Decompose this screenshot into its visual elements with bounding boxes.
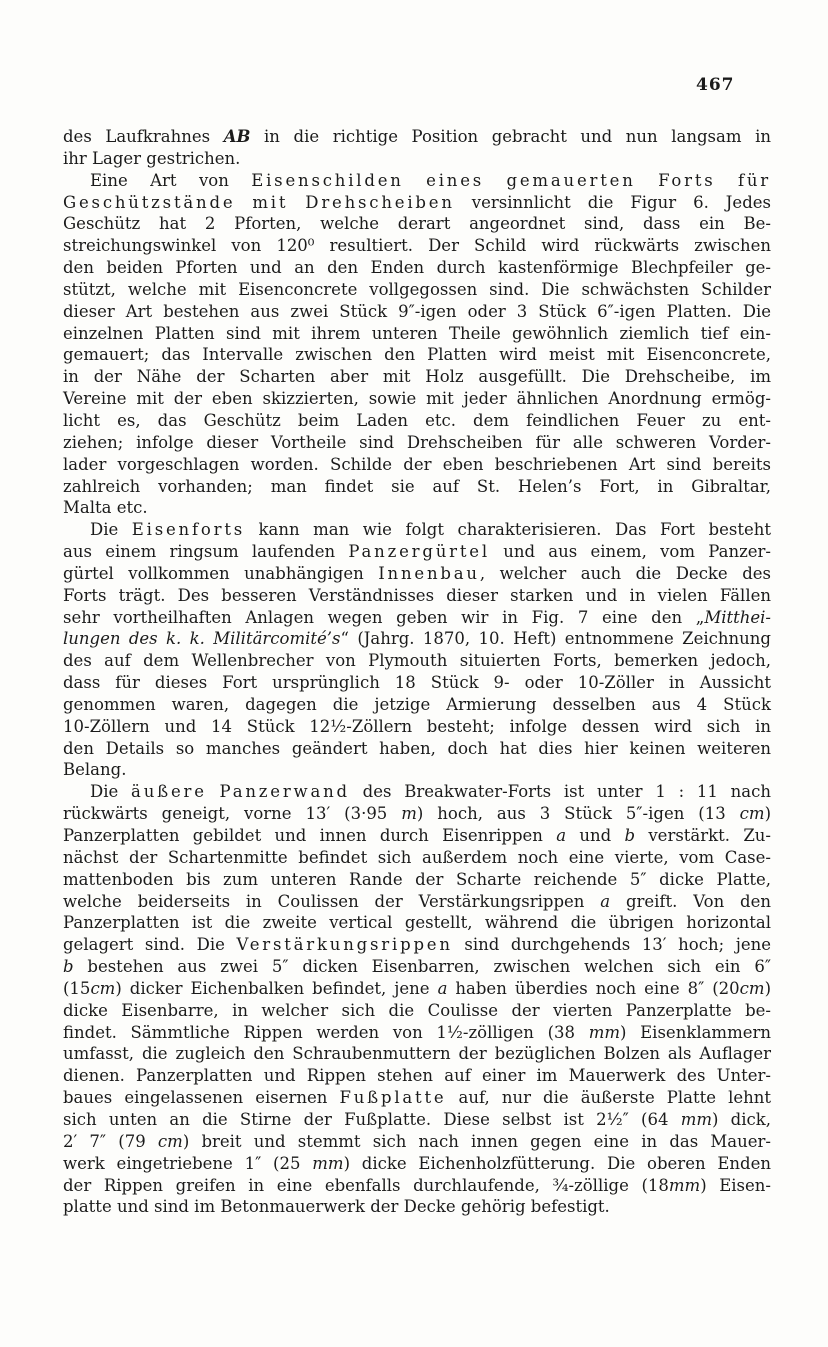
text-line: lungen des k. k. Militärcomité’s“ (Jahrg… (63, 628, 771, 650)
text-line: dass für dieses Fort ursprünglich 18 Stü… (63, 672, 771, 694)
text-line: licht es, das Geschütz beim Laden etc. d… (63, 410, 771, 432)
text-line: des auf dem Wellenbrecher von Plymouth s… (63, 650, 771, 672)
text-line: in der Nähe der Scharten aber mit Holz a… (63, 366, 771, 388)
text-line: Die äußere Panzerwand des Breakwater-For… (63, 781, 771, 803)
text-line: einzelnen Platten sind mit ihrem unteren… (63, 323, 771, 345)
text-line: dieser Art bestehen aus zwei Stück 9″-ig… (63, 301, 771, 323)
text-line: sich unten an die Stirne der Fußplatte. … (63, 1109, 771, 1131)
paragraph: Die äußere Panzerwand des Breakwater-For… (63, 781, 771, 1218)
page-number: 467 (696, 75, 735, 95)
text-line: gürtel vollkommen unabhängigen Innenbau,… (63, 563, 771, 585)
text-line: baues eingelassenen eisernen Fußplatte a… (63, 1087, 771, 1109)
text-line: ziehen; infolge dieser Vortheile sind Dr… (63, 432, 771, 454)
text-block: des Laufkrahnes AB in die richtige Posit… (63, 126, 771, 1218)
text-line: Eine Art von Eisenschilden eines gemauer… (63, 170, 771, 192)
text-line: des Laufkrahnes AB in die richtige Posit… (63, 126, 771, 148)
text-line: der Rippen greifen in eine ebenfalls dur… (63, 1175, 771, 1197)
text-line: mattenboden bis zum unteren Rande der Sc… (63, 869, 771, 891)
text-line: Vereine mit der eben skizzierten, sowie … (63, 388, 771, 410)
text-line: 10-Zöllern und 14 Stück 12¹⁄₂-Zöllern be… (63, 716, 771, 738)
text-line: Forts trägt. Des besseren Verständnisses… (63, 585, 771, 607)
text-line: Belang. (63, 759, 771, 781)
text-line: dicke Eisenbarre, in welcher sich die Co… (63, 1000, 771, 1022)
text-line: (15cm) dicker Eichenbalken befindet, jen… (63, 978, 771, 1000)
text-line: Geschütz hat 2 Pforten, welche derart an… (63, 213, 771, 235)
text-line: b bestehen aus zwei 5″ dicken Eisenbarre… (63, 956, 771, 978)
text-line: den beiden Pforten und an den Enden durc… (63, 257, 771, 279)
text-line: Geschützstände mit Drehscheiben versinnl… (63, 192, 771, 214)
text-line: den Details so manches geändert haben, d… (63, 738, 771, 760)
paragraph: Eine Art von Eisenschilden eines gemauer… (63, 170, 771, 520)
text-line: sehr vortheilhaften Anlagen wegen geben … (63, 607, 771, 629)
text-line: aus einem ringsum laufenden Panzergürtel… (63, 541, 771, 563)
text-line: 2′ 7″ (79 cm) breit und stemmt sich nach… (63, 1131, 771, 1153)
text-line: lader vorgeschlagen worden. Schilde der … (63, 454, 771, 476)
text-line: Panzerplatten gebildet und innen durch E… (63, 825, 771, 847)
text-line: werk eingetriebene 1″ (25 mm) dicke Eich… (63, 1153, 771, 1175)
text-line: rückwärts geneigt, vorne 13′ (3·95 m) ho… (63, 803, 771, 825)
text-line: welche beiderseits in Coulissen der Vers… (63, 891, 771, 913)
text-line: gelagert sind. Die Verstärkungsrippen si… (63, 934, 771, 956)
text-line: findet. Sämmtliche Rippen werden von 1¹⁄… (63, 1022, 771, 1044)
text-line: umfasst, die zugleich den Schraubenmutte… (63, 1043, 771, 1065)
text-line: gemauert; das Intervalle zwischen den Pl… (63, 344, 771, 366)
text-line: zahlreich vorhanden; man findet sie auf … (63, 476, 771, 498)
paragraph: des Laufkrahnes AB in die richtige Posit… (63, 126, 771, 170)
text-line: platte und sind im Betonmauerwerk der De… (63, 1196, 771, 1218)
text-line: genommen waren, dagegen die jetzige Armi… (63, 694, 771, 716)
paragraph: Die Eisenforts kann man wie folgt charak… (63, 519, 771, 781)
text-line: nächst der Schartenmitte befindet sich a… (63, 847, 771, 869)
text-line: streichungswinkel von 120⁰ resultiert. D… (63, 235, 771, 257)
text-line: ihr Lager gestrichen. (63, 148, 771, 170)
page: 467 des Laufkrahnes AB in die richtige P… (0, 0, 828, 1347)
text-line: Panzerplatten ist die zweite vertical ge… (63, 912, 771, 934)
text-line: stützt, welche mit Eisenconcrete vollgeg… (63, 279, 771, 301)
text-line: dienen. Panzerplatten und Rippen stehen … (63, 1065, 771, 1087)
text-line: Malta etc. (63, 497, 771, 519)
text-line: Die Eisenforts kann man wie folgt charak… (63, 519, 771, 541)
